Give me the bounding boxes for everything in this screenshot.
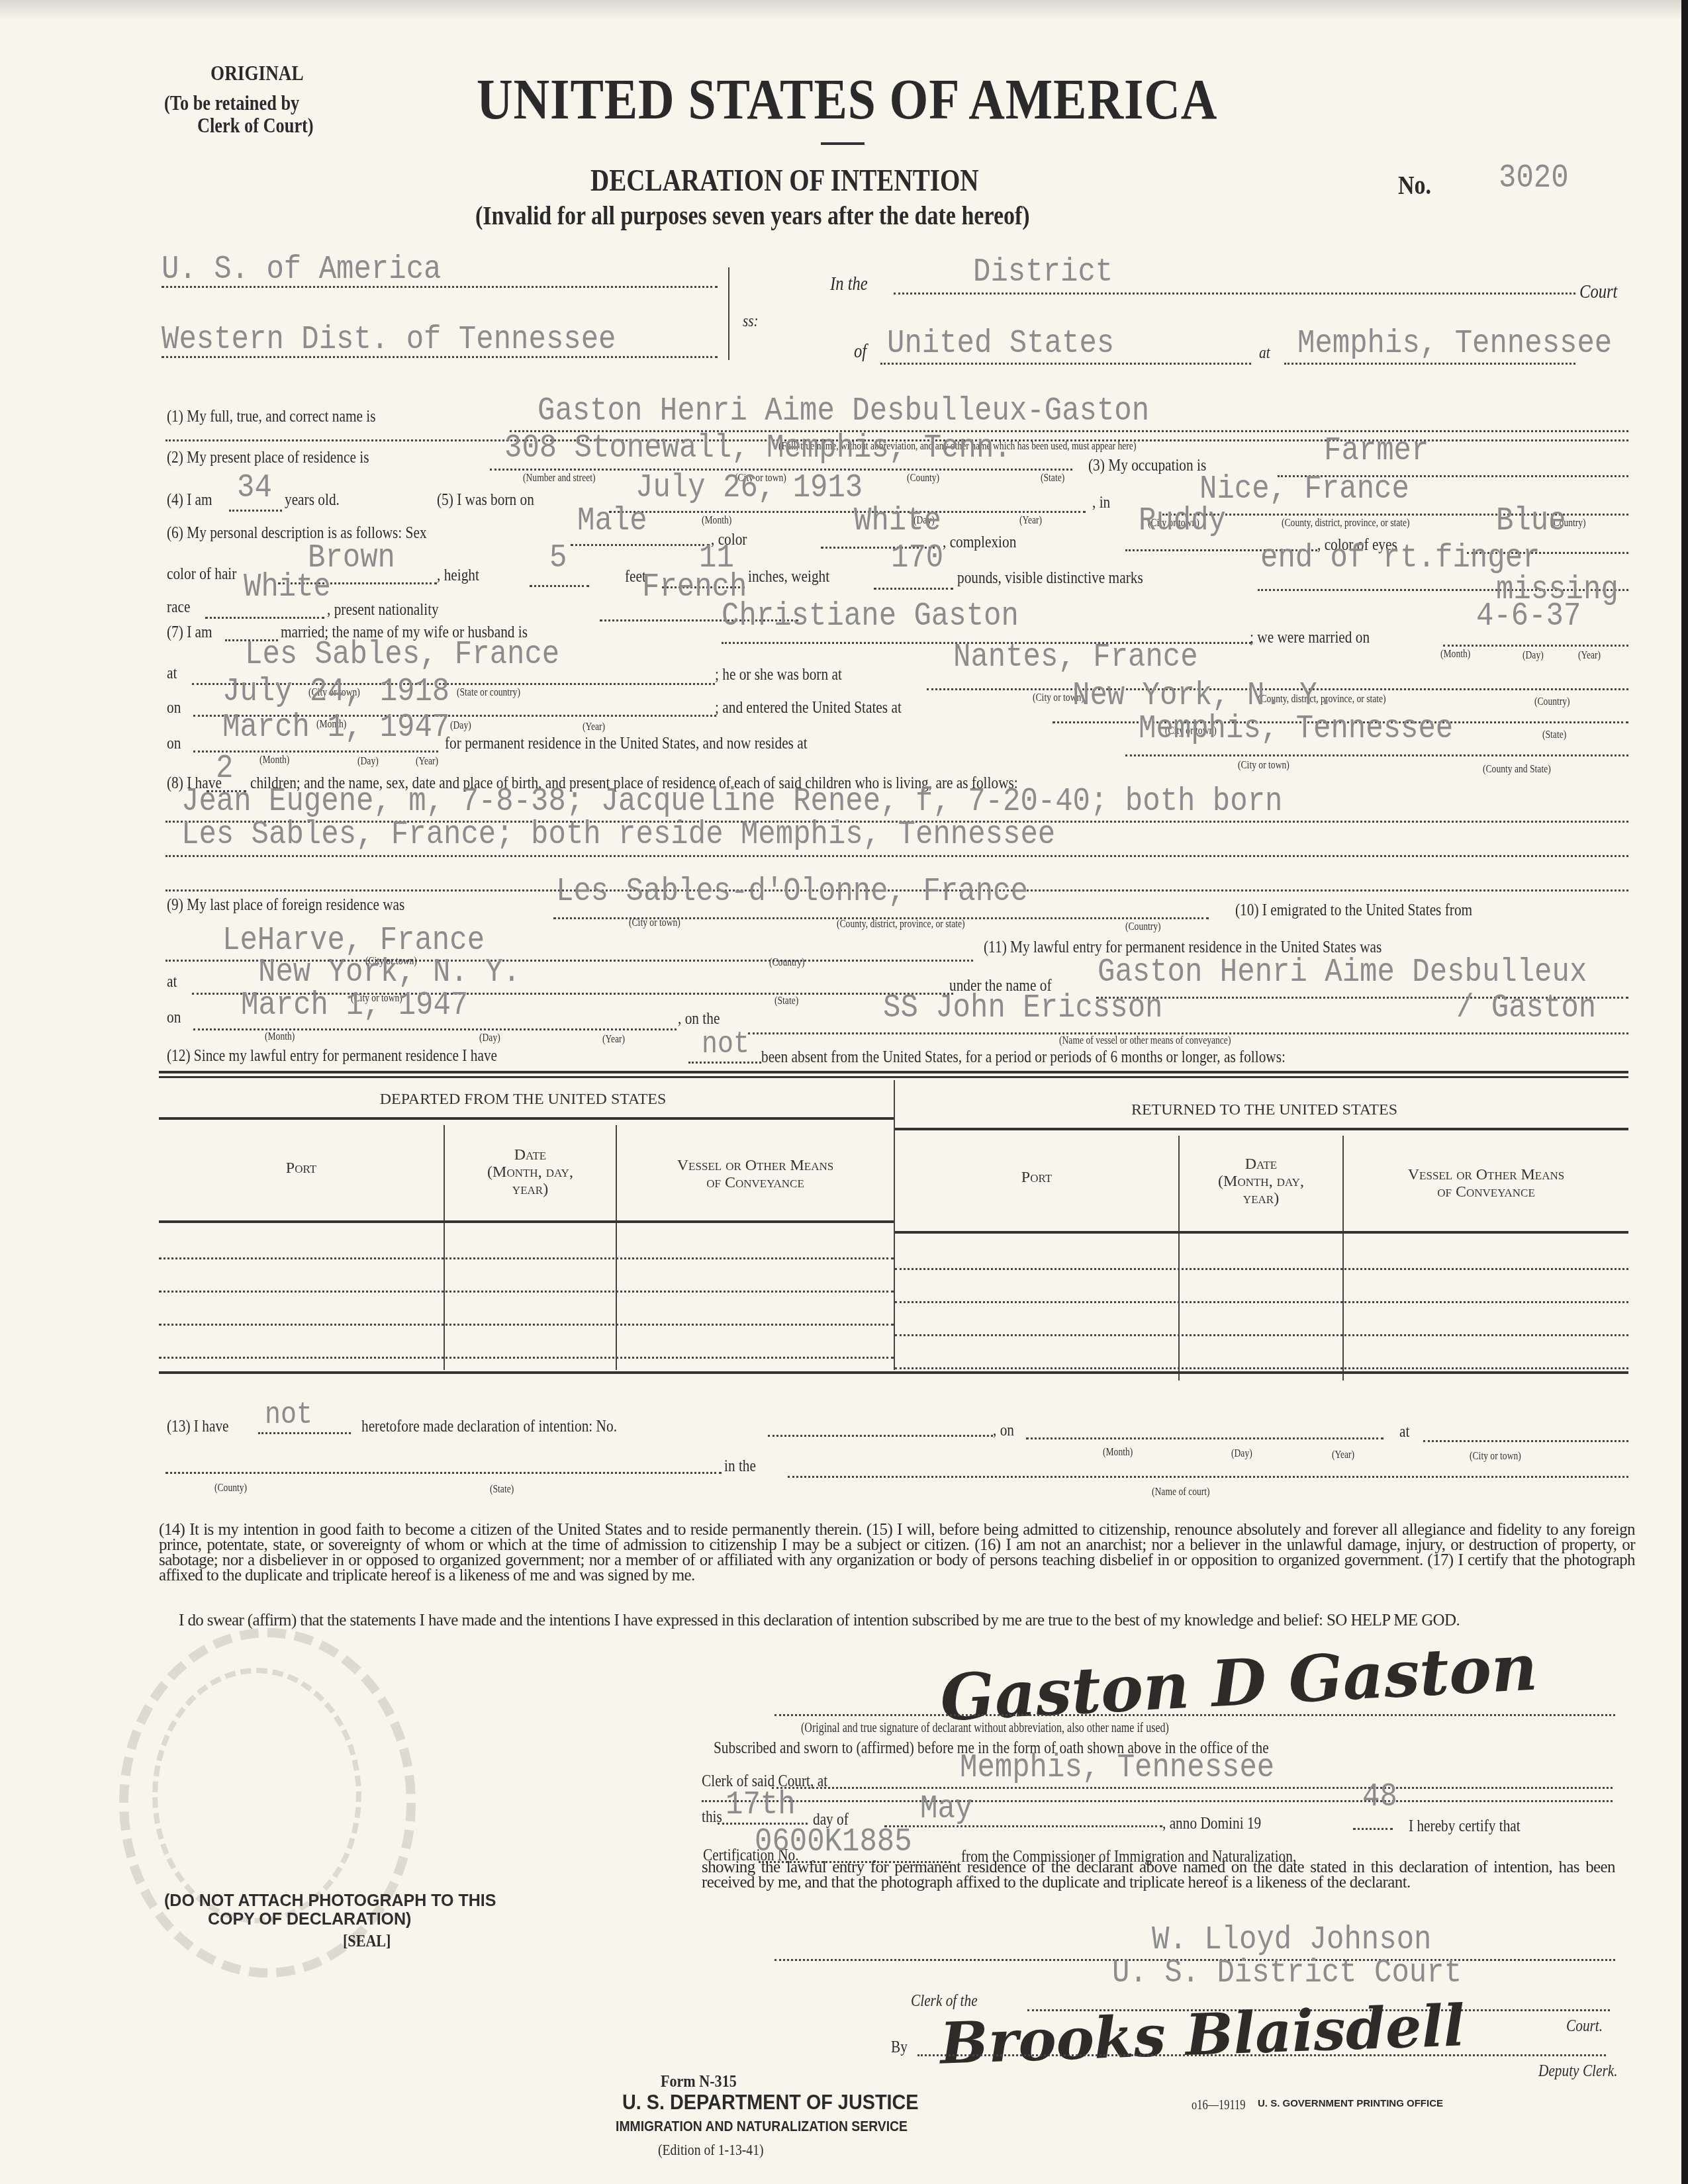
caption: (County, district, province, or state)	[837, 917, 965, 931]
anno-label: , anno Domini 19	[1162, 1813, 1261, 1833]
sworn-day: 17th	[726, 1786, 796, 1825]
caption: (State)	[774, 994, 798, 1007]
printer-name: U. S. GOVERNMENT PRINTING OFFICE	[1258, 2098, 1443, 2109]
spouse-residence: Memphis, Tennessee	[1139, 710, 1453, 749]
caption: (Month)	[1440, 647, 1470, 660]
q5-label: (5) I was born on	[437, 490, 534, 510]
in-the-label: In the	[830, 273, 868, 295]
caption: (State)	[490, 1482, 514, 1496]
venue-line1: U. S. of America	[162, 251, 441, 289]
q13-text: heretofore made declaration of intention…	[361, 1416, 617, 1436]
court-at: Memphis, Tennessee	[1297, 325, 1612, 363]
permanent-label: for permanent residence in the United St…	[445, 733, 808, 753]
birth-date: July 26, 1913	[635, 469, 863, 508]
entry-port: New York, N. Y.	[258, 954, 520, 992]
at-label: at	[167, 972, 177, 991]
clerk-of-label: Clerk of the	[911, 1991, 978, 2011]
page-title: UNITED STATES OF AMERICA	[477, 66, 1217, 132]
table-row[interactable]	[895, 1367, 1628, 1369]
oath-paragraph: (14) It is my intention in good faith to…	[159, 1522, 1635, 1583]
photo-note-2: COPY OF DECLARATION)	[208, 1910, 411, 1929]
prior-declaration-number[interactable]	[768, 1435, 993, 1437]
court-name: U. S. District Court	[1112, 1954, 1462, 1993]
court-of: United States	[887, 325, 1114, 363]
caption: (Number and street)	[523, 471, 596, 484]
retained-note-2: Clerk of Court)	[197, 114, 314, 138]
retained-note-1: (To be retained by	[164, 91, 299, 115]
caption: (Year)	[1332, 1448, 1354, 1461]
returned-col-vessel: Vessel or Other Means of Conveyance	[1344, 1166, 1628, 1201]
caption: (City or town)	[1238, 758, 1289, 772]
birth-place: Nice, France	[1199, 471, 1409, 509]
children-line-2: Les Sables, France; both reside Memphis,…	[181, 816, 1055, 854]
entry-name: Gaston Henri Aime Desbulleux	[1098, 954, 1587, 992]
caption: (Month)	[1103, 1445, 1133, 1459]
marriage-place: Les Sables, France	[245, 636, 559, 674]
sworn-month: May	[920, 1790, 972, 1829]
at-label: at	[167, 663, 177, 683]
q9-label: (9) My last place of foreign residence w…	[167, 895, 404, 915]
q4-label: (4) I am	[167, 490, 212, 510]
prior-declaration-date[interactable]	[1026, 1437, 1383, 1439]
clerk-name: W. Lloyd Johnson	[1152, 1921, 1431, 1960]
service-name: IMMIGRATION AND NATURALIZATION SERVICE	[616, 2118, 908, 2135]
caption: (Year)	[583, 720, 605, 733]
cert-text-2: showing the lawful entry for permanent r…	[702, 1860, 1615, 1890]
married-on-label: ; we were married on	[1250, 627, 1370, 647]
age: 34	[237, 469, 272, 508]
sex: Male	[577, 502, 647, 541]
q13-in-the-label: in the	[724, 1456, 756, 1476]
residence: 308 Stonewall, Memphis, Tenn.	[504, 430, 1011, 468]
caption: (Year)	[416, 754, 438, 768]
caption: (Month)	[259, 753, 289, 766]
height-label: , height	[437, 565, 479, 585]
q1-label: (1) My full, true, and correct name is	[167, 406, 376, 426]
hair-label: color of hair	[167, 564, 236, 584]
marks-label: pounds, visible distinctive marks	[957, 568, 1143, 588]
returned-col-date: Date (Month, day, year)	[1180, 1156, 1342, 1207]
venue-line2: Western Dist. of Tennessee	[162, 321, 616, 359]
caption: (County and State)	[1483, 762, 1551, 776]
court-label: Court	[1579, 281, 1617, 303]
col-date-line1: Date	[1180, 1156, 1342, 1173]
col-vessel-line2: of Conveyance	[617, 1174, 894, 1191]
caption: (City or town)	[629, 916, 680, 929]
deputy-signature: Brooks Blaisdell	[939, 1992, 1466, 2077]
entry-name-2: / Gaston	[1456, 989, 1596, 1028]
spouse-born-label: ; he or she was born at	[715, 664, 842, 684]
table-row[interactable]	[895, 1268, 1628, 1270]
by-label: By	[891, 2037, 908, 2057]
q12-text: been absent from the United States, for …	[761, 1047, 1286, 1067]
departed-header: DEPARTED FROM THE UNITED STATES	[159, 1091, 887, 1108]
caption: (City or town)	[1470, 1449, 1521, 1463]
court-end-label: Court.	[1566, 2016, 1603, 2036]
caption: (Year)	[1578, 649, 1601, 662]
edition: (Edition of 1-13-41)	[658, 2142, 764, 2160]
col-date-line2: (Month, day,	[1180, 1173, 1342, 1190]
print-code: o16—19119	[1192, 2098, 1245, 2113]
q12-label: (12) Since my lawful entry for permanent…	[167, 1046, 497, 1066]
caption: (Year)	[602, 1032, 625, 1046]
certification-number: 0600K1885	[755, 1823, 912, 1862]
sworn-year: 48	[1362, 1778, 1397, 1817]
entry-date: March 1, 1947	[241, 987, 468, 1025]
signature-caption: (Original and true signature of declaran…	[801, 1721, 1169, 1736]
caption: (Day)	[357, 754, 379, 768]
q12-value: not	[702, 1028, 749, 1062]
form-title: DECLARATION OF INTENTION	[590, 163, 979, 198]
on-the-label: , on the	[678, 1009, 720, 1028]
caption: (Day)	[450, 719, 471, 732]
col-date-line2: (Month, day,	[445, 1163, 616, 1181]
children-count: 2	[216, 750, 233, 788]
q3-label: (3) My occupation is	[1088, 455, 1206, 475]
spouse-name: Christiane Gaston	[722, 598, 1019, 636]
table-row[interactable]	[159, 1324, 894, 1326]
table-row[interactable]	[159, 1291, 894, 1293]
caption: (Day)	[479, 1031, 500, 1044]
col-date-line3: year)	[445, 1181, 616, 1198]
departed-col-vessel: Vessel or Other Means of Conveyance	[617, 1157, 894, 1191]
seal-label: [SEAL]	[343, 1931, 391, 1951]
caption: (Country)	[1125, 920, 1161, 933]
occupation: Farmer	[1324, 432, 1429, 471]
entered-label: ; and entered the United States at	[715, 698, 902, 717]
department-name: U. S. DEPARTMENT OF JUSTICE	[622, 2090, 918, 2115]
col-vessel-line1: Vessel or Other Means	[1344, 1166, 1628, 1183]
spouse-birth-date: July 24, 1918	[222, 673, 449, 711]
caption: (Country)	[1534, 695, 1570, 708]
caption: (County)	[907, 471, 939, 484]
full-name: Gaston Henri Aime Desbulleux-Gaston	[538, 392, 1149, 431]
returned-col-port: Port	[895, 1169, 1178, 1186]
title-rule	[821, 142, 865, 145]
form-number: Form N-315	[661, 2071, 737, 2091]
prior-declaration-city[interactable]	[1423, 1440, 1628, 1442]
ss-label: ss:	[743, 311, 759, 331]
embossed-seal-inner-icon	[152, 1668, 361, 1923]
weight: 170	[891, 539, 943, 578]
complexion: Ruddy	[1139, 502, 1226, 541]
on-label: on	[167, 1007, 181, 1027]
of-label: of	[854, 340, 867, 363]
form-subtitle: (Invalid for all purposes seven years af…	[475, 200, 1030, 231]
q13-at-label: at	[1399, 1422, 1409, 1441]
spouse-birthplace: Nantes, France	[953, 639, 1198, 677]
caption: (Year)	[1019, 514, 1042, 527]
q5-in: , in	[1092, 492, 1110, 512]
prior-declaration-court[interactable]	[788, 1476, 1628, 1478]
race: White	[244, 569, 331, 607]
children-line-1: Jean Eugene, m, 7-8-38; Jacqueline Renee…	[181, 783, 1282, 821]
table-row[interactable]	[895, 1334, 1628, 1336]
declarant-signature: Gaston D Gaston	[939, 1629, 1540, 1735]
caption: (Day)	[1231, 1447, 1252, 1460]
at-label: at	[1259, 343, 1270, 363]
q10-label: (10) I emigrated to the United States fr…	[1235, 900, 1472, 920]
q2-label: (2) My present place of residence is	[167, 447, 369, 467]
spouse-entry-date: March 1, 1947	[222, 709, 449, 747]
deputy-label: Deputy Clerk.	[1538, 2061, 1618, 2081]
marriage-date: 4-6-37	[1476, 598, 1581, 636]
returned-header: RETURNED TO THE UNITED STATES	[900, 1101, 1628, 1118]
caption: (State)	[1041, 471, 1064, 484]
table-row[interactable]	[895, 1301, 1628, 1303]
color: White	[854, 502, 941, 541]
q4-suffix: years old.	[285, 490, 340, 510]
q13-on-label: , on	[993, 1420, 1014, 1440]
caption: (County, district, province, or state)	[1282, 516, 1410, 529]
oath-affirmation: I do swear (affirm) that the statements …	[159, 1613, 1635, 1628]
court-type: District	[973, 253, 1113, 292]
caption: (County)	[214, 1481, 247, 1494]
departed-col-port: Port	[159, 1160, 444, 1177]
caption: (Country)	[769, 956, 805, 969]
table-row[interactable]	[159, 1257, 894, 1259]
col-vessel-line2: of Conveyance	[1344, 1183, 1628, 1201]
declaration-form: ORIGINAL (To be retained by Clerk of Cou…	[0, 0, 1681, 2184]
table-row[interactable]	[159, 1357, 894, 1359]
complexion-label: , complexion	[943, 532, 1016, 552]
caption: (Name of court)	[1152, 1485, 1210, 1498]
caption: (Month)	[265, 1030, 295, 1043]
caption: (Day)	[1523, 649, 1544, 662]
certify-label: I hereby certify that	[1409, 1816, 1521, 1836]
race-label: race	[167, 597, 190, 617]
foreign-residence: Les Sables-d'Olonne, France	[556, 873, 1028, 911]
on-label: on	[167, 733, 181, 753]
departed-col-date: Date (Month, day, year)	[445, 1146, 616, 1198]
col-vessel-line1: Vessel or Other Means	[617, 1157, 894, 1174]
eyes: Blue	[1496, 502, 1566, 541]
q13-label: (13) I have	[167, 1416, 229, 1436]
height-feet: 5	[549, 539, 567, 578]
bracket	[728, 267, 729, 360]
number-label: No.	[1398, 169, 1431, 201]
spouse-entry-place: New York, N. Y.	[1072, 677, 1335, 715]
vessel-caption: (Name of vessel or other means of convey…	[1059, 1034, 1231, 1047]
prior-declaration-county-state[interactable]	[165, 1472, 722, 1474]
caption: (Month)	[702, 514, 731, 527]
original-label: ORIGINAL	[211, 61, 304, 85]
q7-label: (7) I am	[167, 622, 212, 642]
col-date-line3: year)	[1180, 1190, 1342, 1207]
caption: (State or country)	[457, 686, 520, 699]
q13-value: not	[265, 1398, 312, 1433]
caption: (State)	[1542, 728, 1566, 741]
clerk-location: Memphis, Tennessee	[960, 1749, 1274, 1788]
on-label: on	[167, 698, 181, 717]
declaration-number: 3020	[1499, 159, 1569, 198]
nationality-label: , present nationality	[327, 600, 439, 619]
weight-label: inches, weight	[748, 567, 829, 586]
col-date-line1: Date	[445, 1146, 616, 1163]
vessel-name: SS John Ericsson	[883, 989, 1162, 1028]
photo-note-1: (DO NOT ATTACH PHOTOGRAPH TO THIS	[164, 1891, 496, 1911]
